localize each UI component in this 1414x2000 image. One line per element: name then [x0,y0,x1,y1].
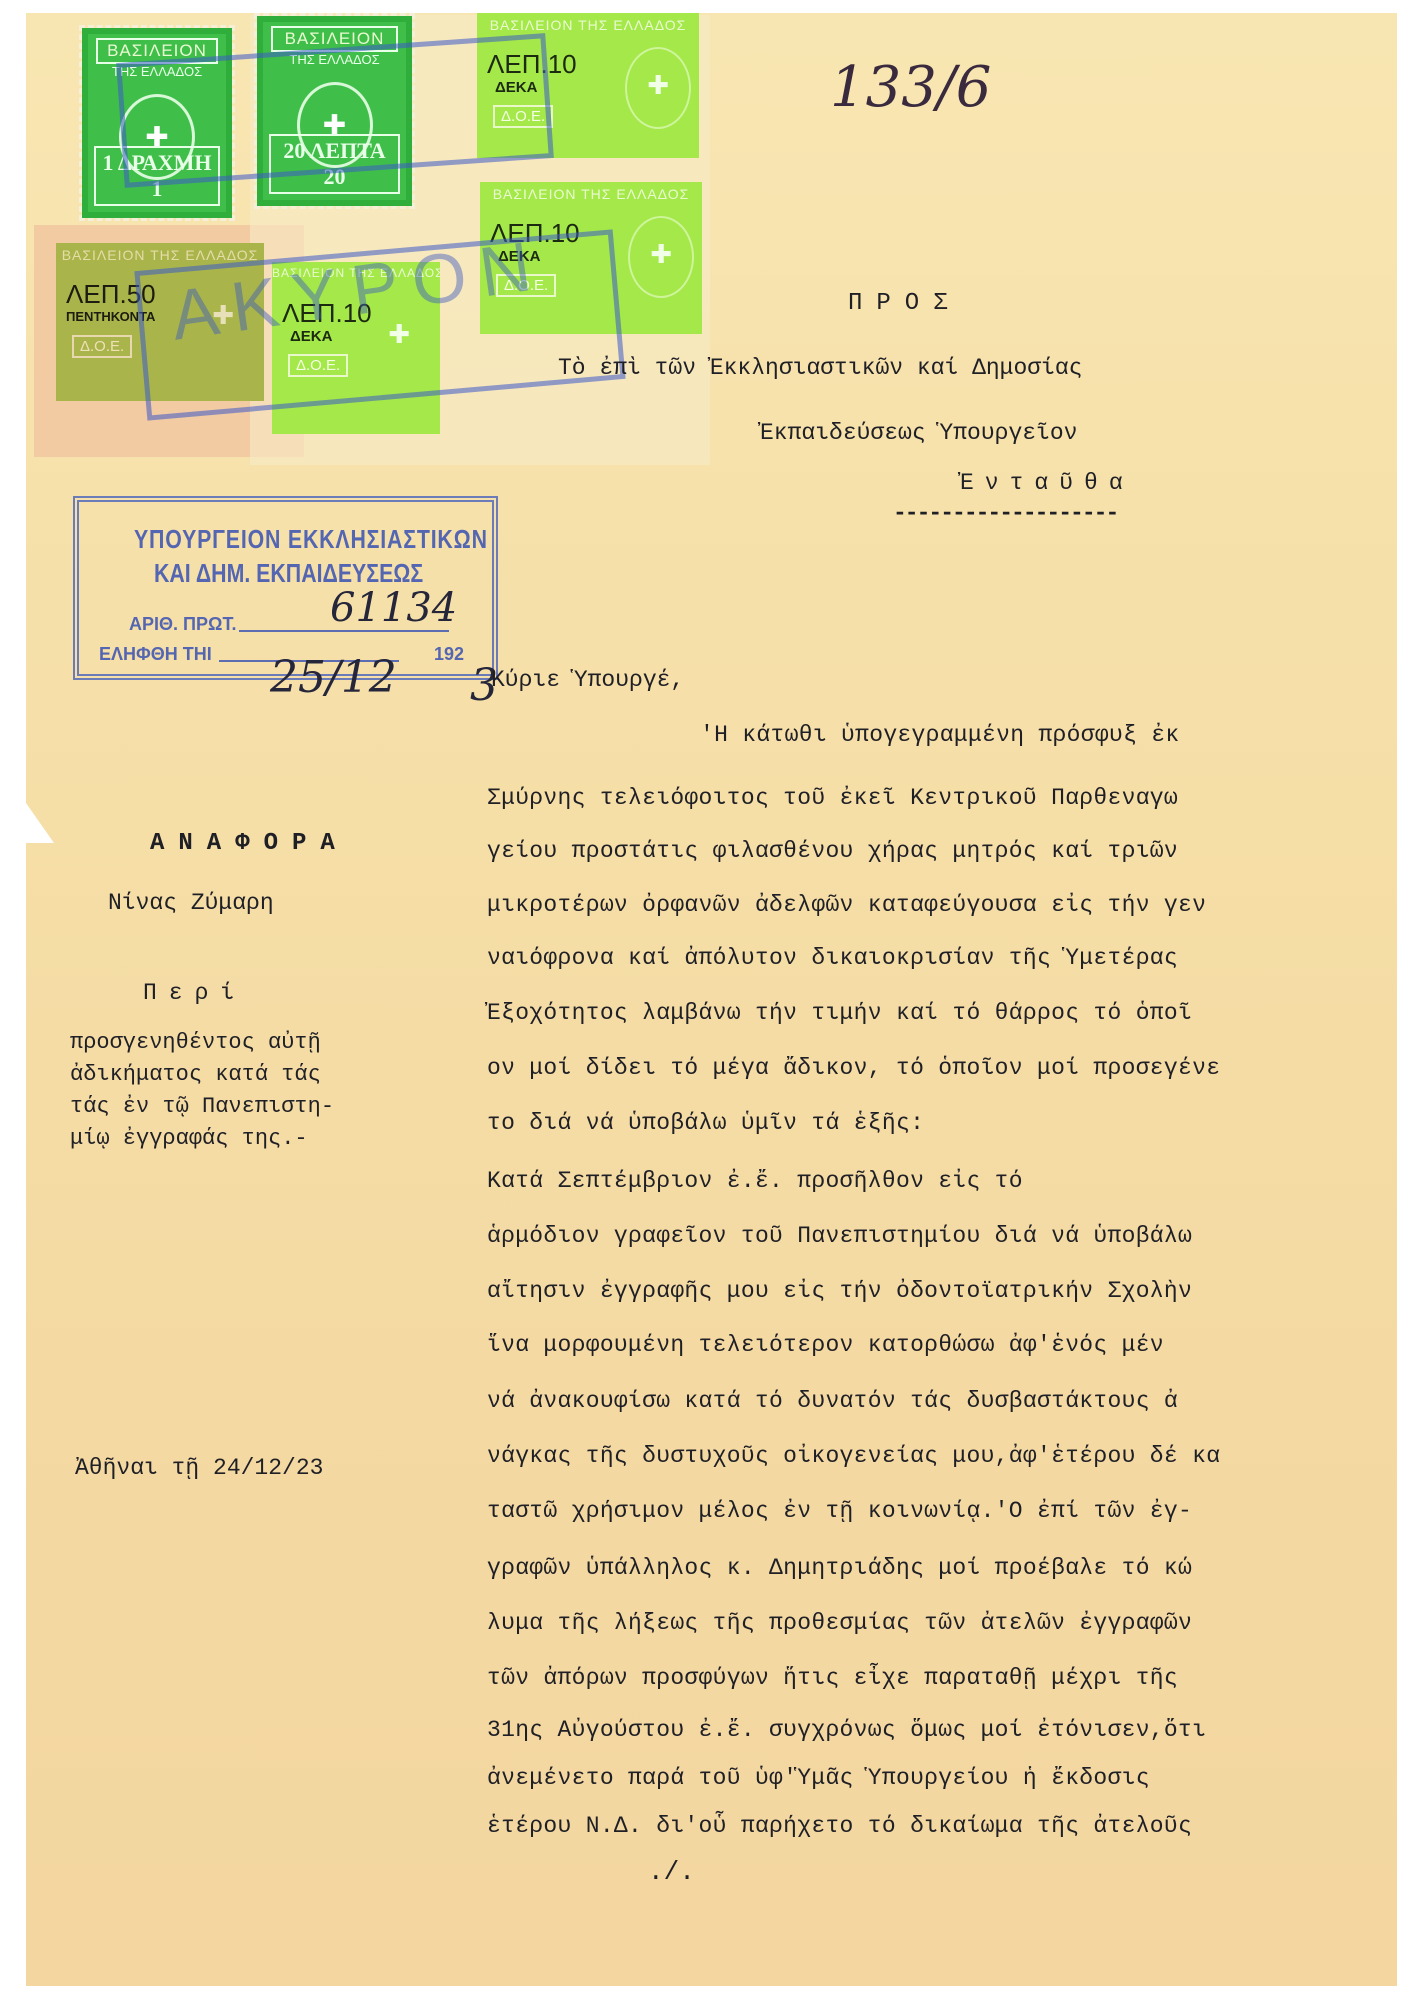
subject-line: ἀδικήματος κατά τάς [70,1062,321,1087]
subject-line: τάς ἐν τῷ Πανεπιστη- [70,1094,334,1119]
letter-line: ἵνα μορφουμένη τελειότερον κατορθώσω ἀφ'… [487,1332,1164,1358]
salutation: Κύριε Ὑπουργέ, [491,667,684,693]
letter-line: το διά νά ὑποβάλω ὑμῖν τά ἑξῆς: [487,1110,924,1136]
letter-line: ναιόφρονα καί ἀπόλυτον δικαιοκρισίαν τῆς… [487,945,1178,971]
letter-line: ἑτέρου Ν.Δ. δι'οὗ παρήχετο τό δικαίωμα τ… [487,1813,1192,1839]
letter-line: Σμύρνης τελειόφοιτος τοῦ ἐκεῖ Κεντρικοῦ … [487,785,1178,811]
handwritten-protocol-number: 61134 [330,585,457,631]
letter-line: αἴτησιν ἐγγραφῆς μου εἰς τήν ὀδοντοϊατρι… [487,1278,1192,1304]
letter-line: 31ης Αὐγούστου ἐ.ἔ. συγχρόνως ὅμως μοί ἐ… [487,1717,1206,1743]
addressee-line-2: Ἐκπαιδεύσεως Ὑπουργεῖον [760,420,1077,446]
stamp-header: ΒΑΣΙΛΕΙΟΝ ΤΗΣ ΕΛΛΑΔΟΣ [480,182,702,202]
handwritten-received-date: 25/12 [270,652,397,703]
letter-line: μικροτέρων ὀρφανῶν ἀδελφῶν καταφεύγουσα … [487,892,1206,918]
stamp-received-label: ΕΛΗΦΘΗ ΤΗΙ [99,644,212,665]
stamp-protocol-label: ΑΡΙΘ. ΠΡΩΤ. [129,614,236,635]
letter-line: ταστῶ χρήσιμον μέλος ἐν τῇ κοινωνίᾳ.'Ο ἐ… [487,1498,1192,1524]
letter-line: τῶν ἀπόρων προσφύγων ἥτις εἶχε παραταθῇ … [487,1665,1178,1691]
letter-line: γραφῶν ὑπάλληλος κ. Δημητριάδης μοί προέ… [487,1555,1192,1581]
subject-line: προσγενηθέντος αὐτῇ [70,1030,321,1055]
letter-line: ἀνεμένετο παρά τοῦ ὑφ'Ὑμᾶς Ὑπουργείου ἡ … [487,1765,1150,1791]
petitioner-name: Νίνας Ζύμαρη [108,890,274,916]
letter-line: νάγκας τῆς δυστυχοῦς οἰκογενείας μου,ἀφ'… [487,1443,1220,1469]
addressee-heading: ΠΡΟΣ [848,290,962,317]
letter-line: νά ἀνακουφίσω κατά τό δυνατόν τάς δυσβασ… [487,1388,1178,1414]
stamp-header: ΒΑΣΙΛΕΙΟΝ ΤΗΣ ΕΛΛΑΔΟΣ [56,243,264,263]
stamp-header: ΒΑΣΙΛΕΙΟΝ ΤΗΣ ΕΛΛΑΔΟΣ [477,13,699,33]
place-date: Ἀθῆναι τῇ 24/12/23 [75,1455,323,1481]
letter-line: ἁρμόδιον γραφεῖον τοῦ Πανεπιστημίου διά … [487,1223,1192,1249]
subject-heading: Περί [143,980,246,1006]
cross-icon: ✚ [647,73,669,99]
letter-line: γείου προστάτις φιλασθένου χήρας μητρός … [487,838,1178,864]
addressee-line-3: Ἐνταῦθα [960,470,1134,496]
handwritten-reference-number: 133/6 [830,55,991,120]
subject-line: μίῳ ἐγγραφάς της.- [70,1126,308,1151]
stamp-ministry-line-1: ΥΠΟΥΡΓΕΙΟΝ ΕΚΚΛΗΣΙΑΣΤΙΚΩΝ [134,524,488,555]
document-type-title: ΑΝΑΦΟΡΑ [150,830,349,857]
letter-line: 'Η κάτωθι ὑπογεγραμμένη πρόσφυξ ἐκ [700,722,1179,748]
continuation-mark: ./. [648,1857,695,1887]
addressee-line-1: Τὸ ἐπὶ τῶν Ἐκκλησιαστικῶν καί Δημοσίας [558,355,1083,381]
letter-line: ον μοί δίδει τό μέγα ἄδικον, τό ὁποῖον μ… [487,1055,1220,1081]
stamp-mark: Δ.Ο.Ε. [72,335,132,358]
stamp-year-prefix: 192 [434,644,464,665]
addressee-underline: ------------------- [893,500,1117,526]
letter-line: Ἐξοχότητος λαμβάνω τήν τιμήν καί τό θάρρ… [487,1000,1192,1026]
letter-line: λυμα τῆς λήξεως τῆς προθεσμίας τῶν ἀτελῶ… [487,1610,1192,1636]
letter-line: Κατά Σεπτέμβριον ἐ.ἔ. προσῆλθον εἰς τό [487,1168,1023,1194]
cross-icon: ✚ [650,242,672,268]
